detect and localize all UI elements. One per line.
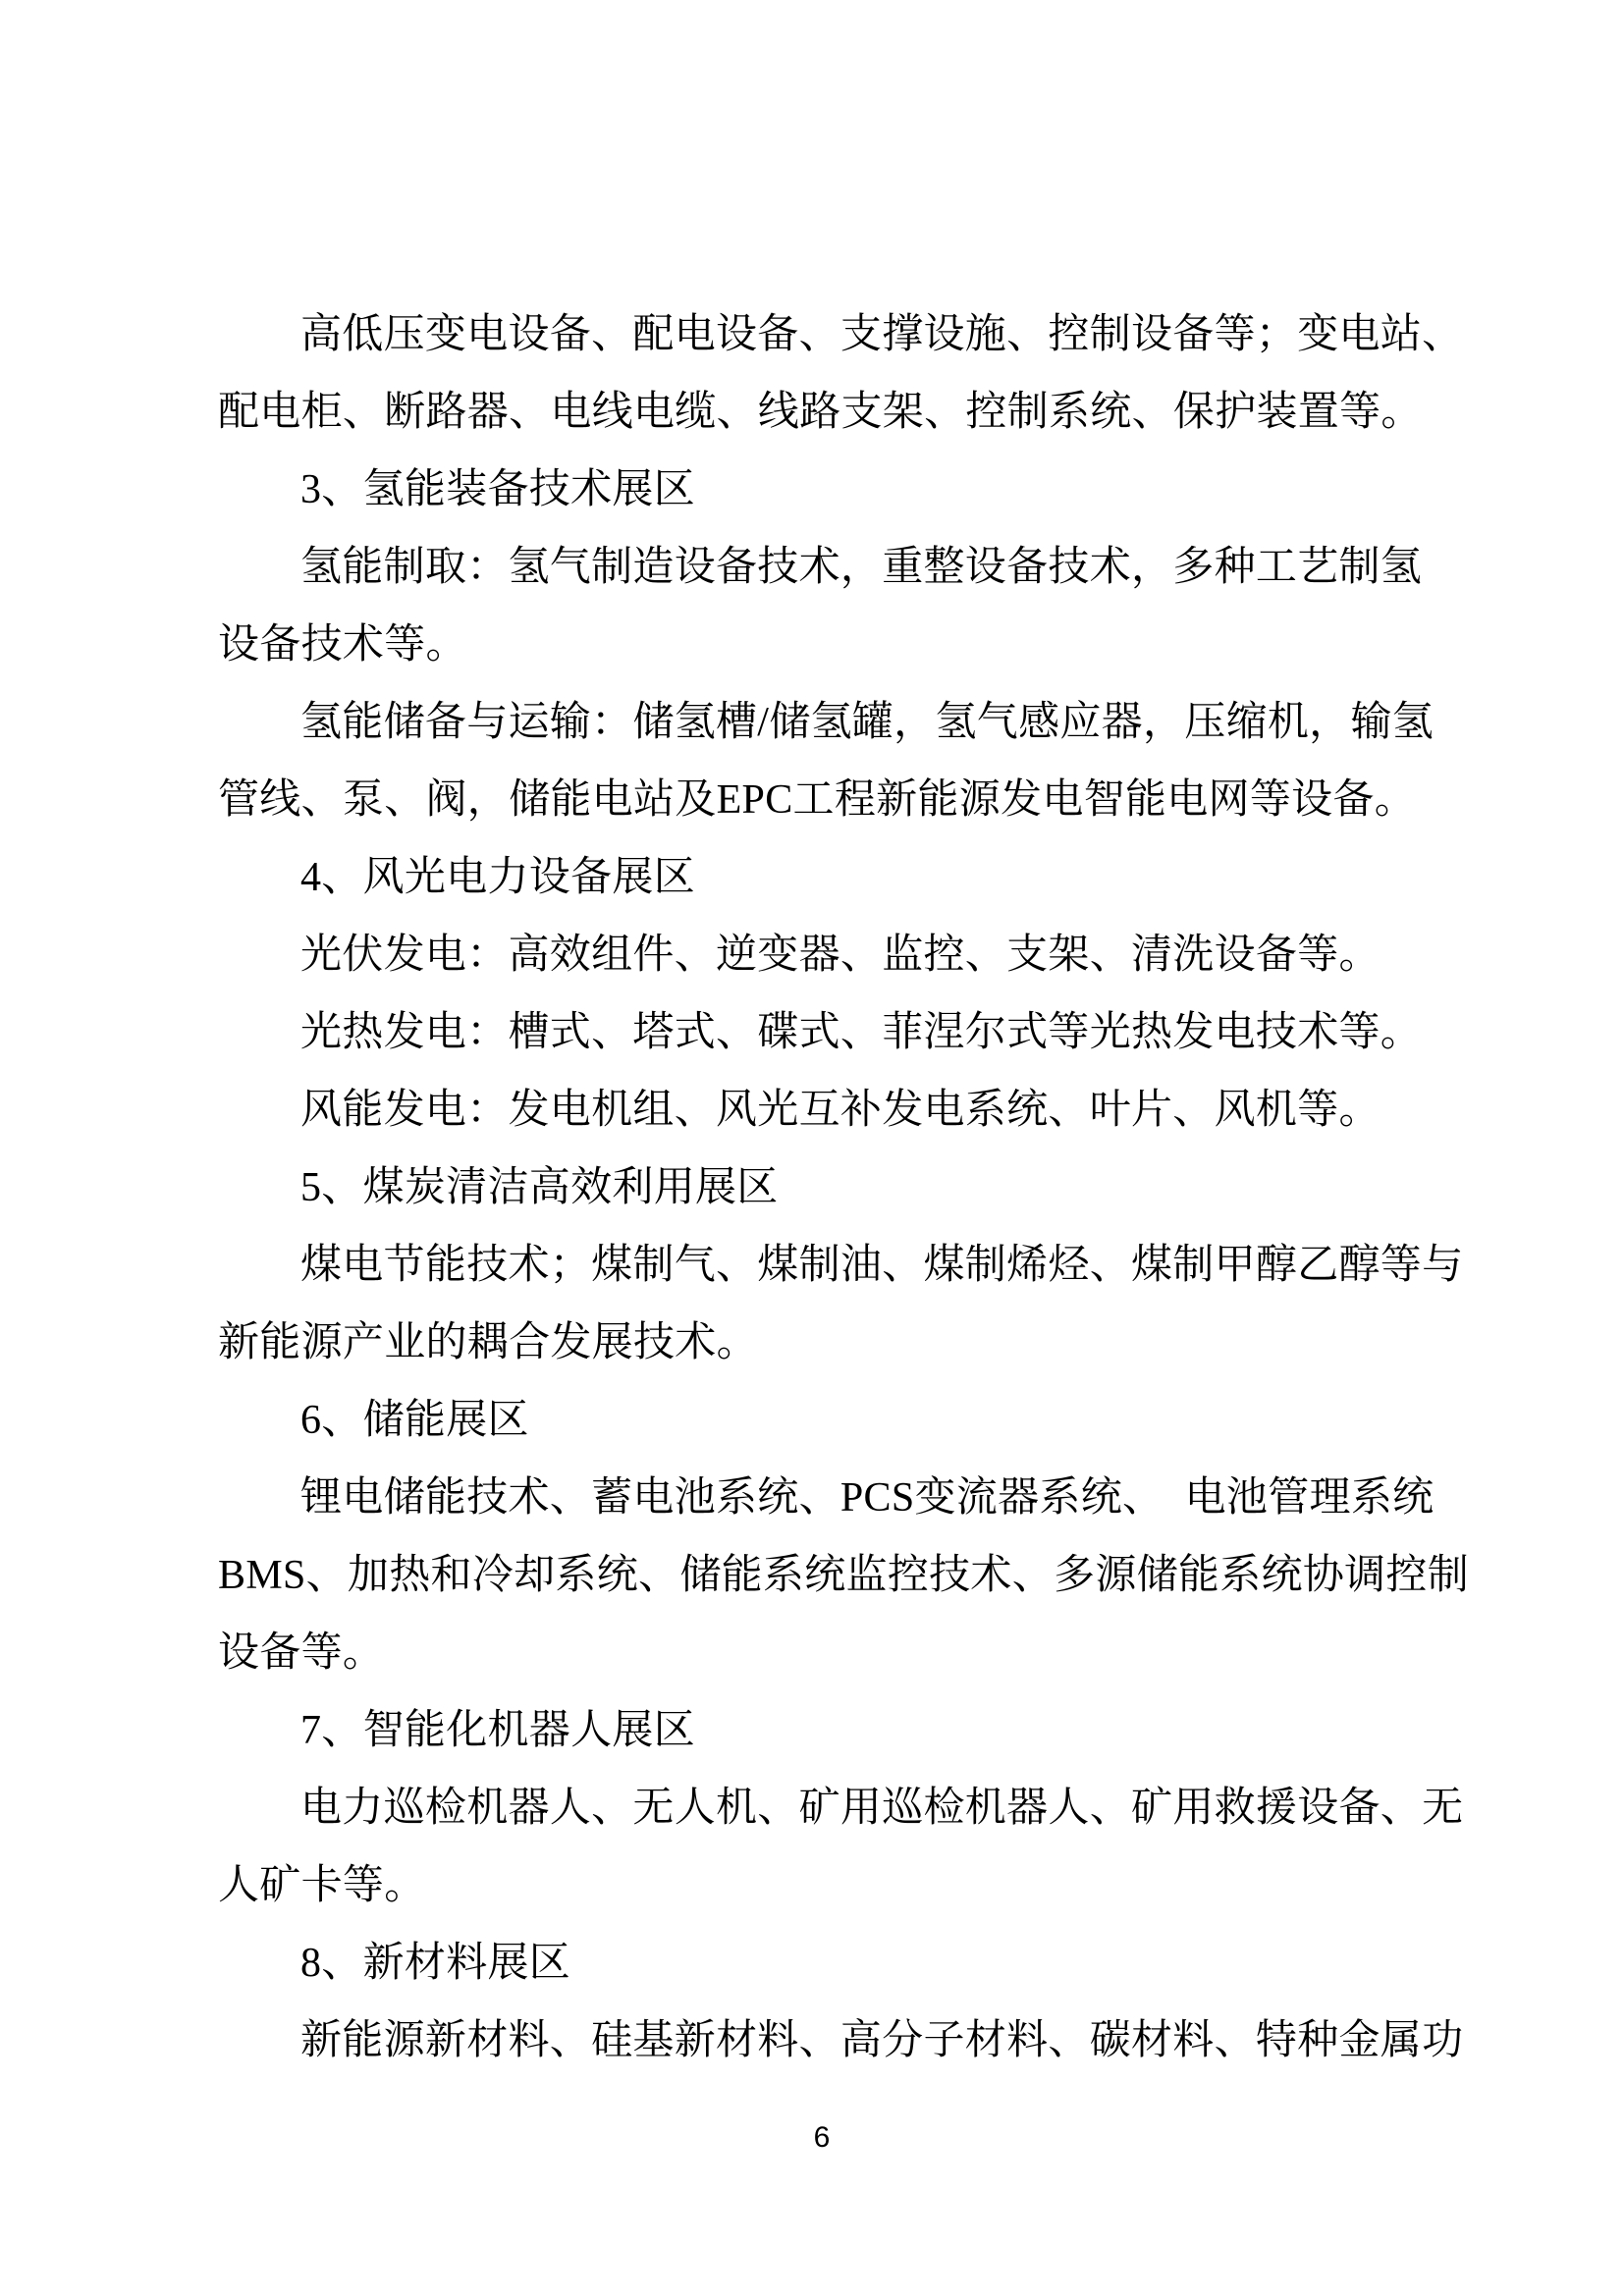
section-heading: 6、储能展区 [218, 1382, 1426, 1460]
page-number: 6 [218, 2120, 1426, 2156]
paragraph-line: 风能发电：发电机组、风光互补发电系统、叶片、风机等。 [218, 1072, 1426, 1149]
paragraph-line: 新能源新材料、硅基新材料、高分子材料、碳材料、特种金属功 [218, 2002, 1426, 2080]
section-heading: 7、智能化机器人展区 [218, 1692, 1426, 1770]
section-heading: 8、新材料展区 [218, 1925, 1426, 2002]
paragraph-line: 氢能储备与运输：储氢槽/储氢罐，氢气感应器，压缩机，输氢 [218, 684, 1426, 762]
paragraph-line: 管线、泵、阀，储能电站及EPC工程新能源发电智能电网等设备。 [218, 762, 1426, 839]
paragraph-line: 光伏发电：高效组件、逆变器、监控、支架、清洗设备等。 [218, 917, 1426, 994]
text-body: 高低压变电设备、配电设备、支撑设施、控制设备等；变电站、 配电柜、断路器、电线电… [218, 296, 1426, 2080]
paragraph-line: BMS、加热和冷却系统、储能系统监控技术、多源储能系统协调控制 [218, 1537, 1426, 1615]
paragraph-line: 设备技术等。 [218, 607, 1426, 684]
paragraph-line: 煤电节能技术；煤制气、煤制油、煤制烯烃、煤制甲醇乙醇等与 [218, 1227, 1426, 1305]
paragraph-line: 光热发电：槽式、塔式、碟式、菲涅尔式等光热发电技术等。 [218, 994, 1426, 1072]
paragraph-line: 氢能制取：氢气制造设备技术，重整设备技术，多种工艺制氢 [218, 529, 1426, 607]
paragraph-line: 电力巡检机器人、无人机、矿用巡检机器人、矿用救援设备、无 [218, 1770, 1426, 1847]
document-page: 高低压变电设备、配电设备、支撑设施、控制设备等；变电站、 配电柜、断路器、电线电… [0, 0, 1624, 2296]
section-heading: 3、氢能装备技术展区 [218, 452, 1426, 529]
paragraph-line: 人矿卡等。 [218, 1847, 1426, 1925]
paragraph-line: 新能源产业的耦合发展技术。 [218, 1305, 1426, 1382]
section-heading: 5、煤炭清洁高效利用展区 [218, 1149, 1426, 1227]
paragraph-line: 锂电储能技术、蓄电池系统、PCS变流器系统、 电池管理系统 [218, 1460, 1426, 1537]
section-heading: 4、风光电力设备展区 [218, 839, 1426, 917]
paragraph-line: 设备等。 [218, 1615, 1426, 1692]
paragraph-line: 高低压变电设备、配电设备、支撑设施、控制设备等；变电站、 [218, 296, 1426, 374]
paragraph-line: 配电柜、断路器、电线电缆、线路支架、控制系统、保护装置等。 [218, 374, 1426, 452]
